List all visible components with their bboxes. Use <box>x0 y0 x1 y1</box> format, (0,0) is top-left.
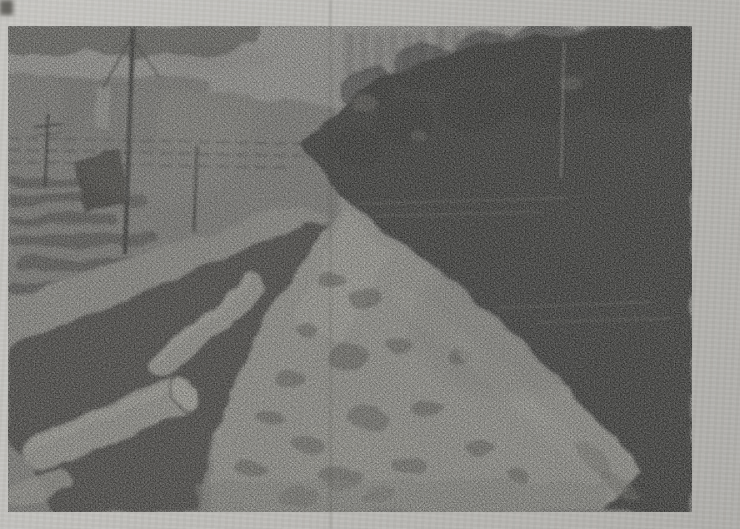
newspaper-photo <box>8 26 692 512</box>
grain-light-overlay <box>8 26 692 512</box>
ink-corner-mark <box>0 0 13 15</box>
newspaper-page <box>0 0 740 529</box>
photo-scene <box>8 26 692 512</box>
